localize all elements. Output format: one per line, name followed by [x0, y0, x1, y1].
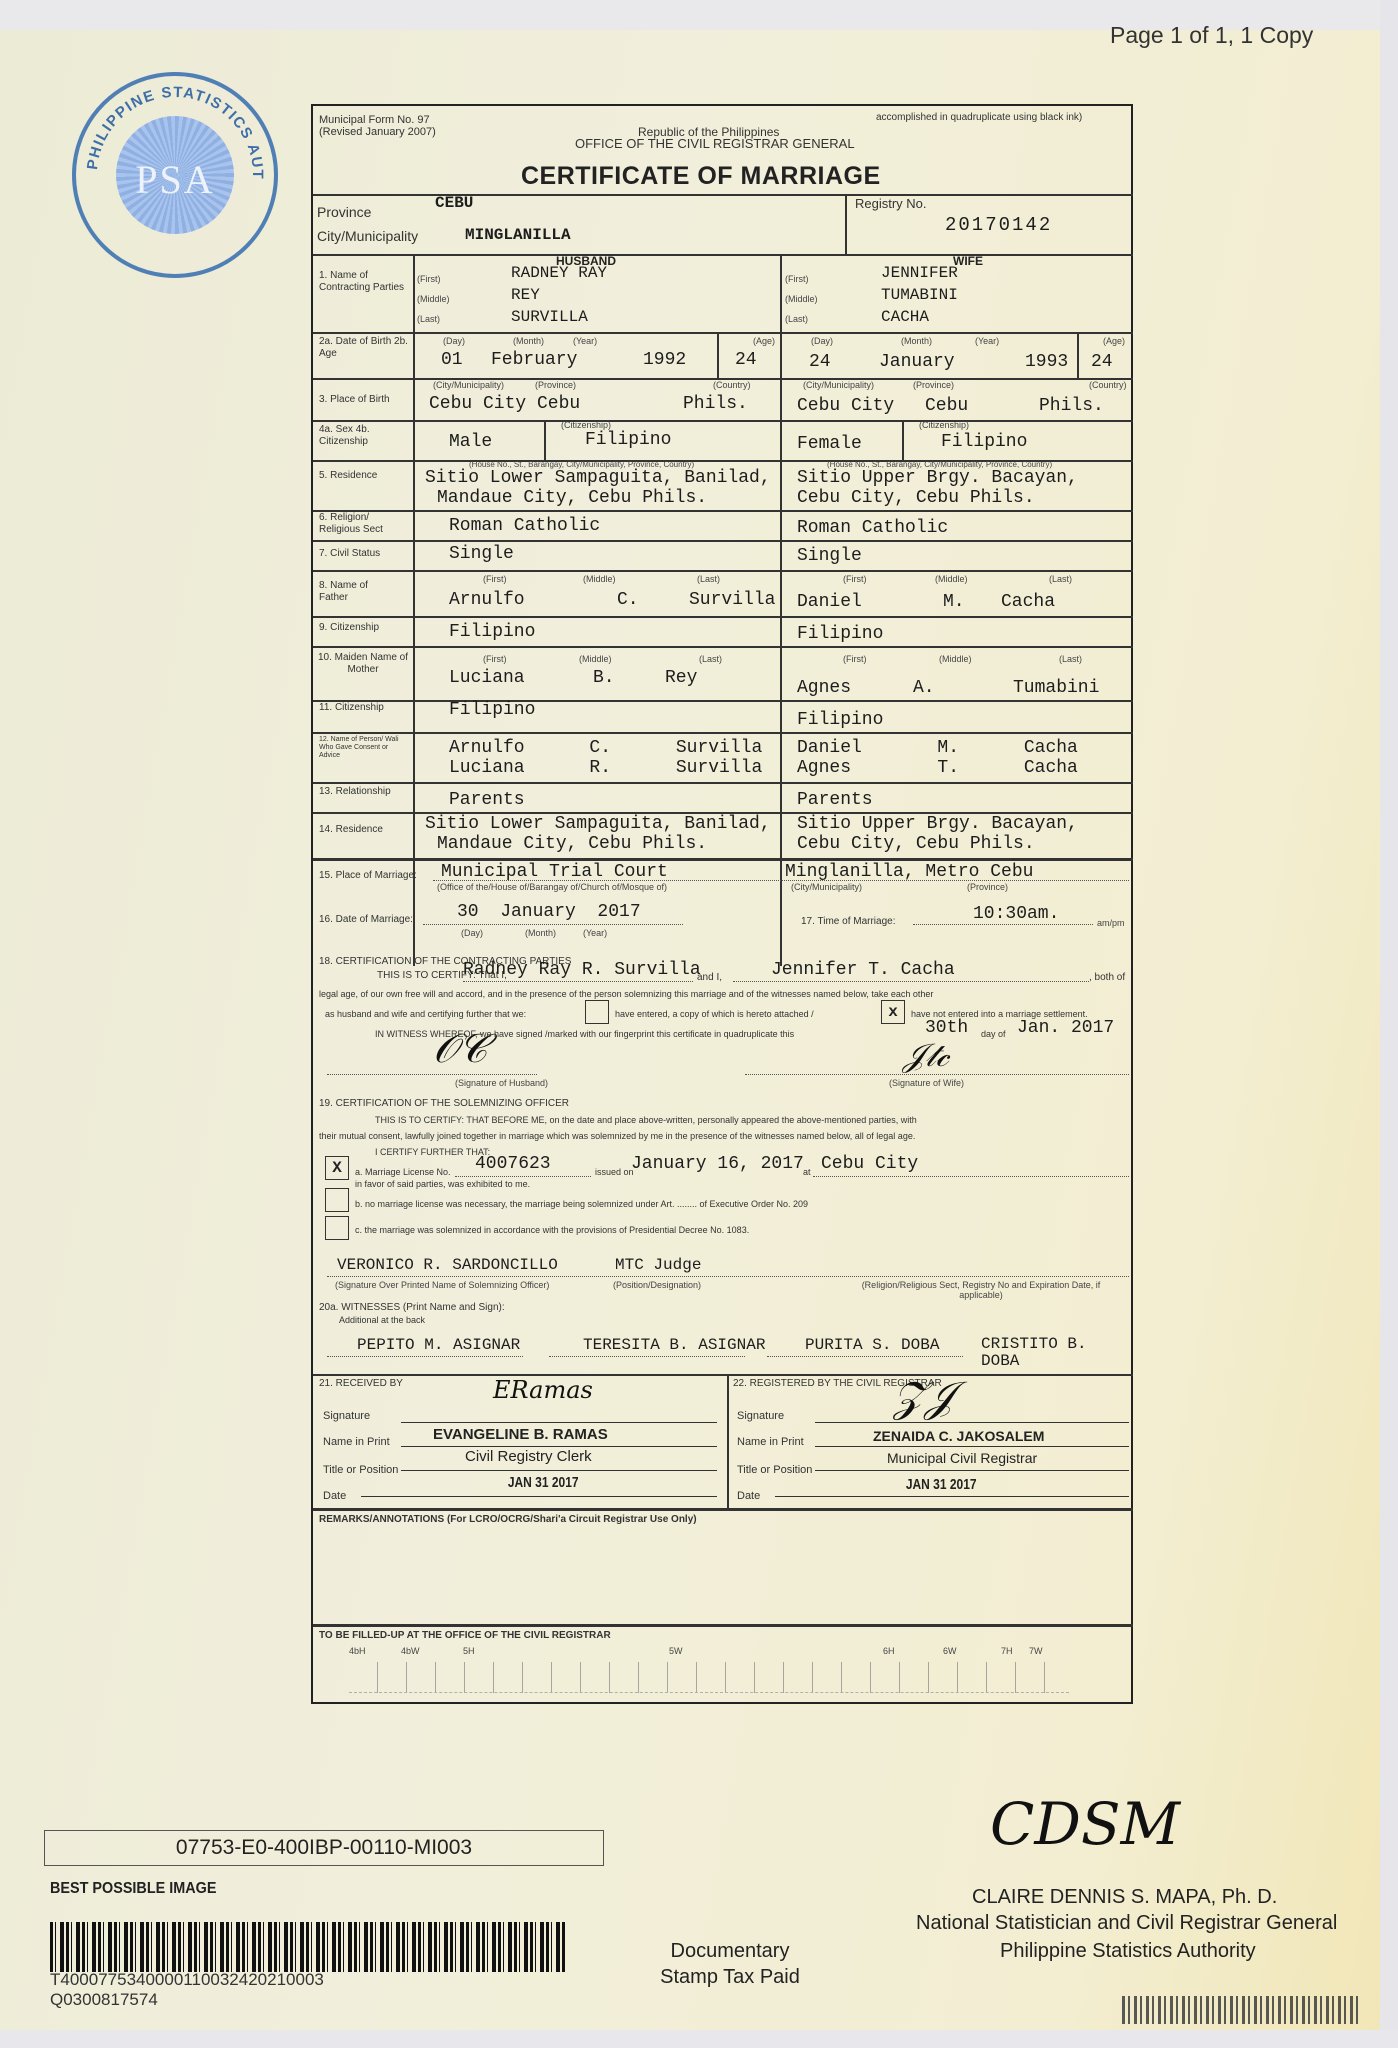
no-license-checkbox[interactable] [325, 1188, 349, 1212]
label-mother-citizenship: 11. Citizenship [319, 702, 384, 714]
received-by-signature: ERamas [493, 1376, 593, 1404]
wife-father-last: Cacha [1001, 592, 1055, 612]
barcode-text: T4000775340000110032420210003 [50, 1970, 324, 1990]
wife-mother-first: Agnes [797, 678, 851, 698]
witness-4: CRISTITO B. DOBA [981, 1336, 1131, 1370]
wife-pob-country: Phils. [1039, 396, 1104, 416]
wife-first-name: JENNIFER [881, 264, 958, 282]
city-value: MINGLANILLA [465, 226, 571, 244]
license-issued-date: January 16, 2017 [631, 1154, 804, 1174]
wife-dob-day: 24 [809, 352, 831, 372]
form-revised: (Revised January 2007) [319, 126, 436, 138]
husband-religion: Roman Catholic [449, 516, 600, 536]
wife-mother-citizenship: Filipino [797, 710, 883, 730]
registrar-office-heading: TO BE FILLED-UP AT THE OFFICE OF THE CIV… [319, 1630, 611, 1642]
cert-husband-name: Radney Ray R. Survilla [463, 960, 701, 980]
doc-stamp-line1: Documentary [640, 1940, 820, 1963]
husband-pob-province: Cebu [537, 394, 580, 414]
wife-religion: Roman Catholic [797, 518, 948, 538]
wife-residence-line1: Sitio Upper Brgy. Bacayan, [797, 468, 1078, 488]
cert-month-year: Jan. 2017 [1017, 1018, 1114, 1038]
label-dob: 2a. Date of Birth 2b. Age [319, 336, 411, 360]
wife-pob-province: Cebu [925, 396, 968, 416]
received-by-date: JAN 31 2017 [508, 1474, 579, 1491]
registry-number: 20170142 [945, 214, 1052, 236]
signatory-name: CLAIRE DENNIS S. MAPA, Ph. D. [972, 1886, 1277, 1909]
husband-mother-middle: B. [593, 668, 615, 688]
scan-background-bottom [0, 2030, 1398, 2048]
marriage-date: 30 January 2017 [457, 902, 641, 922]
received-by-name: EVANGELINE B. RAMAS [433, 1426, 608, 1443]
signatory-title: National Statistician and Civil Registra… [916, 1912, 1337, 1935]
registered-by-date: JAN 31 2017 [906, 1476, 977, 1493]
cert-wife-name: Jennifer T. Cacha [771, 960, 955, 980]
received-by-heading: 21. RECEIVED BY [319, 1378, 403, 1390]
husband-father-middle: C. [617, 590, 639, 610]
label-religion: 6. Religion/ Religious Sect [319, 512, 409, 536]
husband-mother-first: Luciana [449, 668, 525, 688]
wife-residence-line2: Cebu City, Cebu Phils. [797, 488, 1035, 508]
license-issued-place: Cebu City [821, 1154, 918, 1174]
ink-note: accomplished in quadruplicate using blac… [876, 112, 1082, 124]
psa-seal-icon: PHILIPPINE STATISTICS AUTHORITY PSA [72, 72, 278, 278]
witness-3: PURITA S. DOBA [805, 1336, 939, 1354]
pd-1083-checkbox[interactable] [325, 1216, 349, 1240]
wife-last-name: CACHA [881, 308, 929, 326]
wife-consent-residence-line2: Cebu City, Cebu Phils. [797, 834, 1035, 854]
husband-father-first: Arnulfo [449, 590, 525, 610]
label-mother: 10. Maiden Name of Mother [317, 652, 409, 676]
marriage-place: Municipal Trial Court [441, 862, 668, 882]
wife-civil-status: Single [797, 546, 862, 566]
wife-dob-month: January [879, 352, 955, 372]
wife-middle-name: TUMABINI [881, 286, 958, 304]
best-possible-image-label: BEST POSSIBLE IMAGE [50, 1880, 216, 1898]
marriage-place-city: Minglanilla, Metro Cebu [785, 862, 1033, 882]
wife-pob-city: Cebu City [797, 396, 894, 416]
registered-by-title: Municipal Civil Registrar [887, 1450, 1037, 1466]
label-father: 8. Name of Father [319, 580, 399, 604]
marriage-license-number: 4007623 [475, 1154, 551, 1174]
label-residence: 5. Residence [319, 470, 377, 482]
husband-residence-line2: Mandaue City, Cebu Phils. [437, 488, 707, 508]
settlement-entered-checkbox[interactable] [585, 1000, 609, 1024]
label-father-citizenship: 9. Citizenship [319, 622, 379, 634]
husband-father-last: Survilla [689, 590, 775, 610]
husband-middle-name: REY [511, 286, 540, 304]
marriage-time: 10:30am. [973, 904, 1059, 924]
husband-mother-citizenship: Filipino [449, 700, 535, 720]
wife-consent-person-2: Agnes T. Cacha [797, 758, 1078, 778]
office-text: OFFICE OF THE CIVIL REGISTRAR GENERAL [575, 138, 855, 150]
reference-number: 07753-E0-400IBP-00110-MI003 [44, 1830, 604, 1866]
wife-signature: 𝒥𝓉𝒸 [903, 1036, 949, 1075]
wife-consent-relationship: Parents [797, 790, 873, 810]
husband-consent-residence-line2: Mandaue City, Cebu Phils. [437, 834, 707, 854]
label-civil-status: 7. Civil Status [319, 548, 380, 560]
registered-by-name: ZENAIDA C. JAKOSALEM [873, 1428, 1044, 1444]
form-number: Municipal Form No. 97 [319, 114, 430, 126]
husband-pob-city: Cebu City [429, 394, 526, 414]
doc-stamp-line2: Stamp Tax Paid [640, 1966, 820, 1989]
control-number: Q0300817574 [50, 1990, 158, 2010]
barcode-icon [50, 1922, 565, 1972]
province-label: Province [317, 206, 371, 218]
certificate-title: CERTIFICATE OF MARRIAGE [521, 162, 881, 191]
label-consent: 12. Name of Person/ Wali Who Gave Consen… [319, 736, 399, 760]
registered-by-signature: 𝒵𝒥 [893, 1372, 954, 1422]
husband-consent-person-1: Arnulfo C. Survilla [449, 738, 762, 758]
settlement-not-entered-checkbox[interactable]: x [881, 1000, 905, 1024]
husband-last-name: SURVILLA [511, 308, 588, 326]
wife-father-first: Daniel [797, 592, 862, 612]
wife-dob-year: 1993 [1025, 352, 1068, 372]
label-relationship: 13. Relationship [319, 786, 391, 798]
wife-father-citizenship: Filipino [797, 624, 883, 644]
wife-father-middle: M. [943, 592, 965, 612]
label-time-of-marriage: 17. Time of Marriage: [801, 916, 895, 928]
registrar-general-signature: CDSM [990, 1790, 1180, 1858]
label-consent-residence: 14. Residence [319, 824, 383, 836]
city-label: City/Municipality [317, 230, 418, 242]
license-exhibited-checkbox[interactable]: X [325, 1156, 349, 1180]
husband-dob-day: 01 [441, 350, 463, 370]
signatory-org: Philippine Statistics Authority [1000, 1940, 1256, 1963]
marriage-certificate-form: Municipal Form No. 97 (Revised January 2… [311, 104, 1133, 1704]
wife-age: 24 [1091, 352, 1113, 372]
cert-officer-heading: 19. CERTIFICATION OF THE SOLEMNIZING OFF… [319, 1098, 569, 1110]
wife-mother-last: Tumabini [1013, 678, 1099, 698]
label-contracting-parties: 1. Name of Contracting Parties [319, 270, 409, 294]
wife-mother-middle: A. [913, 678, 935, 698]
label-place-of-marriage: 15. Place of Marriage: [319, 870, 417, 882]
registrar-code-boxes [349, 1662, 1069, 1693]
husband-consent-person-2: Luciana R. Survilla [449, 758, 762, 778]
wife-consent-residence-line1: Sitio Upper Brgy. Bacayan, [797, 814, 1078, 834]
province-value: CEBU [435, 194, 473, 212]
witnesses-label: 20a. WITNESSES (Print Name and Sign): [319, 1302, 505, 1314]
husband-dob-year: 1992 [643, 350, 686, 370]
wife-consent-person-1: Daniel M. Cacha [797, 738, 1078, 758]
solemnizing-officer-name: VERONICO R. SARDONCILLO [337, 1256, 558, 1274]
wife-citizenship: Filipino [941, 432, 1027, 452]
witness-1: PEPITO M. ASIGNAR [357, 1336, 520, 1354]
security-barcode-icon [1122, 1996, 1360, 2024]
husband-signature: 𝒪𝒞 [433, 1026, 487, 1072]
husband-consent-relationship: Parents [449, 790, 525, 810]
wife-sex: Female [797, 434, 862, 454]
husband-age: 24 [735, 350, 757, 370]
label-date-of-marriage: 16. Date of Marriage: [319, 914, 413, 926]
husband-mother-last: Rey [665, 668, 697, 688]
witness-2: TERESITA B. ASIGNAR [583, 1336, 765, 1354]
husband-sex: Male [449, 432, 492, 452]
husband-citizenship: Filipino [585, 430, 671, 450]
husband-dob-month: February [491, 350, 577, 370]
received-by-title: Civil Registry Clerk [465, 1448, 592, 1465]
husband-civil-status: Single [449, 544, 514, 564]
registry-label: Registry No. [855, 198, 927, 210]
label-pob: 3. Place of Birth [319, 394, 390, 406]
remarks-heading: REMARKS/ANNOTATIONS (For LCRO/OCRG/Shari… [319, 1514, 697, 1526]
husband-residence-line1: Sitio Lower Sampaguita, Banilad, [425, 468, 771, 488]
label-sex-citizenship: 4a. Sex 4b. Citizenship [319, 424, 411, 448]
page-info: Page 1 of 1, 1 Copy [1110, 22, 1313, 49]
husband-pob-country: Phils. [683, 394, 748, 414]
husband-father-citizenship: Filipino [449, 622, 535, 642]
solemnizing-officer-position: MTC Judge [615, 1256, 701, 1274]
husband-consent-residence-line1: Sitio Lower Sampaguita, Banilad, [425, 814, 771, 834]
husband-first-name: RADNEY RAY [511, 264, 607, 282]
seal-center-text: PSA [76, 156, 274, 203]
scan-background-right [1380, 0, 1398, 2048]
cert-day: 30th [925, 1018, 968, 1038]
